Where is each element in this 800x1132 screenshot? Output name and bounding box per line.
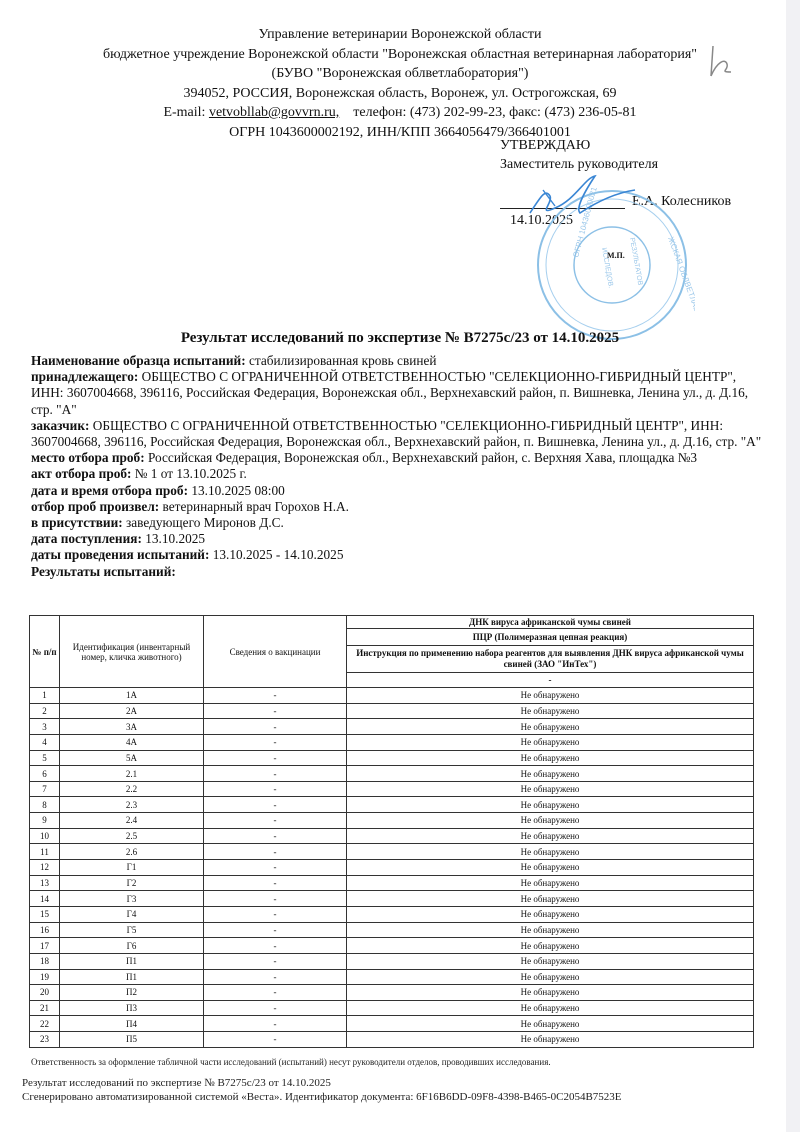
row-result: Не обнаружено (347, 906, 754, 922)
row-vaccination: - (204, 781, 347, 797)
row-number: 20 (30, 985, 60, 1001)
row-number: 16 (30, 922, 60, 938)
table-row: 20П2-Не обнаружено (30, 985, 754, 1001)
info-label: дата поступления: (31, 531, 142, 546)
row-result: Не обнаружено (347, 688, 754, 704)
row-number: 5 (30, 750, 60, 766)
info-label: в присутствии: (31, 515, 123, 530)
row-result: Не обнаружено (347, 813, 754, 829)
row-vaccination: - (204, 703, 347, 719)
info-value: 13.10.2025 08:00 (191, 483, 284, 498)
info-value: ОБЩЕСТВО С ОГРАНИЧЕННОЙ ОТВЕТСТВЕННОСТЬЮ… (31, 418, 761, 449)
row-identification: Г6 (60, 938, 204, 954)
table-row: 92.4-Не обнаружено (30, 813, 754, 829)
row-identification: П4 (60, 1016, 204, 1032)
info-value: Российская Федерация, Воронежская обл., … (148, 450, 697, 465)
row-result: Не обнаружено (347, 797, 754, 813)
info-sampling-act: акт отбора проб: № 1 от 13.10.2025 г. (31, 466, 771, 482)
letterhead-short-name: (БУВО "Воронежская облветлаборатория") (0, 64, 800, 84)
row-result: Не обнаружено (347, 875, 754, 891)
row-identification: 2А (60, 703, 204, 719)
row-result: Не обнаружено (347, 1000, 754, 1016)
letterhead-contacts: E-mail: vetvobllab@govvrn.ru, телефон: (… (0, 103, 800, 123)
sample-info: Наименование образца испытаний: стабилиз… (31, 353, 771, 580)
col-header-vaccination: Сведения о вакцинации (204, 616, 347, 688)
col-header-instruction: Инструкция по применению набора реагенто… (347, 646, 754, 673)
letterhead: Управление ветеринарии Воронежской облас… (0, 25, 800, 142)
row-result: Не обнаружено (347, 891, 754, 907)
info-value: стабилизированная кровь свиней (249, 353, 437, 368)
info-label: даты проведения испытаний: (31, 547, 209, 562)
row-vaccination: - (204, 719, 347, 735)
row-identification: Г2 (60, 875, 204, 891)
info-value: 13.10.2025 - 14.10.2025 (213, 547, 344, 562)
svg-text:ЖСКАЯ ОБЛВЕТЛАБ: ЖСКАЯ ОБЛВЕТЛАБ (666, 236, 695, 313)
row-identification: 2.4 (60, 813, 204, 829)
info-value: № 1 от 13.10.2025 г. (135, 466, 247, 481)
row-number: 17 (30, 938, 60, 954)
row-vaccination: - (204, 688, 347, 704)
table-row: 12Г1-Не обнаружено (30, 860, 754, 876)
row-identification: 3А (60, 719, 204, 735)
letterhead-department: Управление ветеринарии Воронежской облас… (0, 25, 800, 45)
table-row: 14Г3-Не обнаружено (30, 891, 754, 907)
info-results-heading: Результаты испытаний: (31, 564, 771, 580)
row-number: 10 (30, 828, 60, 844)
row-number: 21 (30, 1000, 60, 1016)
info-sample-name: Наименование образца испытаний: стабилиз… (31, 353, 771, 369)
svg-text:РЕЗУЛЬТАТОВ: РЕЗУЛЬТАТОВ (628, 237, 643, 286)
results-table: № п/п Идентификация (инвентарный номер, … (29, 615, 754, 1048)
row-result: Не обнаружено (347, 828, 754, 844)
info-value: ветеринарный врач Горохов Н.А. (163, 499, 349, 514)
row-result: Не обнаружено (347, 1032, 754, 1048)
col-header-norm: - (347, 673, 754, 688)
row-number: 9 (30, 813, 60, 829)
table-row: 21П3-Не обнаружено (30, 1000, 754, 1016)
table-row: 11А-Не обнаружено (30, 688, 754, 704)
info-value: заведующего Миронов Д.С. (126, 515, 284, 530)
table-row: 62.1-Не обнаружено (30, 766, 754, 782)
row-vaccination: - (204, 1016, 347, 1032)
row-result: Не обнаружено (347, 844, 754, 860)
row-vaccination: - (204, 953, 347, 969)
info-label: принадлежащего: (31, 369, 138, 384)
col-header-number: № п/п (30, 616, 60, 688)
row-identification: П1 (60, 953, 204, 969)
row-identification: 1А (60, 688, 204, 704)
row-vaccination: - (204, 828, 347, 844)
row-vaccination: - (204, 875, 347, 891)
results-table-body: 11А-Не обнаружено22А-Не обнаружено33А-Не… (30, 688, 754, 1048)
table-row: 22П4-Не обнаружено (30, 1016, 754, 1032)
stamp-place-label: М.П. (607, 251, 625, 260)
table-row: 102.5-Не обнаружено (30, 828, 754, 844)
row-vaccination: - (204, 766, 347, 782)
row-identification: 2.2 (60, 781, 204, 797)
table-row: 44А-Не обнаружено (30, 734, 754, 750)
row-identification: П3 (60, 1000, 204, 1016)
row-number: 13 (30, 875, 60, 891)
table-row: 82.3-Не обнаружено (30, 797, 754, 813)
row-identification: 2.1 (60, 766, 204, 782)
row-result: Не обнаружено (347, 922, 754, 938)
row-identification: 2.5 (60, 828, 204, 844)
table-row: 112.6-Не обнаружено (30, 844, 754, 860)
row-vaccination: - (204, 750, 347, 766)
row-identification: Г5 (60, 922, 204, 938)
row-result: Не обнаружено (347, 985, 754, 1001)
row-identification: 5А (60, 750, 204, 766)
row-identification: Г1 (60, 860, 204, 876)
footer-title: Результат исследований по экспертизе № В… (22, 1077, 622, 1091)
table-row: 15Г4-Не обнаружено (30, 906, 754, 922)
letterhead-address: 394052, РОССИЯ, Воронежская область, Вор… (0, 84, 800, 104)
row-number: 4 (30, 734, 60, 750)
info-label: дата и время отбора проб: (31, 483, 188, 498)
row-number: 1 (30, 688, 60, 704)
row-result: Не обнаружено (347, 860, 754, 876)
row-number: 18 (30, 953, 60, 969)
row-identification: П5 (60, 1032, 204, 1048)
info-sampled-by: отбор проб произвел: ветеринарный врач Г… (31, 499, 771, 515)
row-identification: П1 (60, 969, 204, 985)
phones: телефон: (473) 202-99-23, факс: (473) 23… (353, 105, 636, 120)
table-row: 16Г5-Не обнаружено (30, 922, 754, 938)
row-vaccination: - (204, 922, 347, 938)
info-sampling-place: место отбора проб: Российская Федерация,… (31, 450, 771, 466)
info-label: заказчик: (31, 418, 89, 433)
letterhead-institution: бюджетное учреждение Воронежской области… (0, 45, 800, 65)
info-sampling-datetime: дата и время отбора проб: 13.10.2025 08:… (31, 483, 771, 499)
row-number: 19 (30, 969, 60, 985)
table-row: 19П1-Не обнаружено (30, 969, 754, 985)
row-number: 8 (30, 797, 60, 813)
letterhead-registration: ОГРН 1043600002192, ИНН/КПП 3664056479/3… (0, 123, 800, 143)
row-vaccination: - (204, 938, 347, 954)
row-result: Не обнаружено (347, 1016, 754, 1032)
row-number: 23 (30, 1032, 60, 1048)
table-row: 33А-Не обнаружено (30, 719, 754, 735)
page-footer: Результат исследований по экспертизе № В… (22, 1077, 622, 1104)
info-test-dates: даты проведения испытаний: 13.10.2025 - … (31, 547, 771, 563)
table-row: 55А-Не обнаружено (30, 750, 754, 766)
table-row: 23П5-Не обнаружено (30, 1032, 754, 1048)
table-row: 18П1-Не обнаружено (30, 953, 754, 969)
row-result: Не обнаружено (347, 734, 754, 750)
row-result: Не обнаружено (347, 938, 754, 954)
table-row: 72.2-Не обнаружено (30, 781, 754, 797)
responsibility-note: Ответственность за оформление табличной … (31, 1057, 551, 1067)
row-identification: 4А (60, 734, 204, 750)
row-number: 2 (30, 703, 60, 719)
row-result: Не обнаружено (347, 766, 754, 782)
info-label: Результаты испытаний: (31, 564, 176, 579)
col-header-method: ПЦР (Полимеразная цепная реакция) (347, 629, 754, 646)
row-identification: Г3 (60, 891, 204, 907)
footer-generated: Сгенерировано автоматизированной системо… (22, 1091, 622, 1105)
info-customer: заказчик: ОБЩЕСТВО С ОГРАНИЧЕННОЙ ОТВЕТС… (31, 418, 771, 450)
row-number: 22 (30, 1016, 60, 1032)
handwritten-mark-icon (705, 42, 735, 82)
col-header-identification: Идентификация (инвентарный номер, кличка… (60, 616, 204, 688)
row-vaccination: - (204, 844, 347, 860)
row-vaccination: - (204, 969, 347, 985)
info-label: Наименование образца испытаний: (31, 353, 246, 368)
info-label: отбор проб произвел: (31, 499, 159, 514)
info-received-date: дата поступления: 13.10.2025 (31, 531, 771, 547)
row-result: Не обнаружено (347, 781, 754, 797)
row-result: Не обнаружено (347, 719, 754, 735)
row-vaccination: - (204, 797, 347, 813)
info-value: ОБЩЕСТВО С ОГРАНИЧЕННОЙ ОТВЕТСТВЕННОСТЬЮ… (31, 369, 748, 416)
row-number: 6 (30, 766, 60, 782)
row-number: 7 (30, 781, 60, 797)
row-identification: 2.6 (60, 844, 204, 860)
row-identification: 2.3 (60, 797, 204, 813)
row-number: 11 (30, 844, 60, 860)
table-row: 22А-Не обнаружено (30, 703, 754, 719)
row-number: 14 (30, 891, 60, 907)
row-result: Не обнаружено (347, 953, 754, 969)
row-result: Не обнаружено (347, 703, 754, 719)
info-label: место отбора проб: (31, 450, 145, 465)
table-row: 13Г2-Не обнаружено (30, 875, 754, 891)
row-number: 12 (30, 860, 60, 876)
info-value: 13.10.2025 (145, 531, 205, 546)
row-number: 15 (30, 906, 60, 922)
row-identification: П2 (60, 985, 204, 1001)
page-edge-strip (786, 0, 800, 1132)
row-vaccination: - (204, 860, 347, 876)
col-header-indicator: ДНК вируса африканской чумы свиней (347, 616, 754, 629)
info-owner: принадлежащего: ОБЩЕСТВО С ОГРАНИЧЕННОЙ … (31, 369, 771, 418)
email-link[interactable]: vetvobllab@govvrn.ru, (209, 105, 339, 120)
table-row: 17Г6-Не обнаружено (30, 938, 754, 954)
row-vaccination: - (204, 813, 347, 829)
signature-icon (525, 168, 645, 228)
row-identification: Г4 (60, 906, 204, 922)
row-vaccination: - (204, 985, 347, 1001)
info-witness: в присутствии: заведующего Миронов Д.С. (31, 515, 771, 531)
info-label: акт отбора проб: (31, 466, 131, 481)
row-vaccination: - (204, 1000, 347, 1016)
row-vaccination: - (204, 906, 347, 922)
row-vaccination: - (204, 1032, 347, 1048)
row-result: Не обнаружено (347, 969, 754, 985)
row-number: 3 (30, 719, 60, 735)
row-vaccination: - (204, 734, 347, 750)
row-result: Не обнаружено (347, 750, 754, 766)
row-vaccination: - (204, 891, 347, 907)
email-label: E-mail: (163, 105, 205, 120)
approval-heading: УТВЕРЖДАЮ (500, 136, 658, 155)
document-title: Результат исследований по экспертизе № В… (0, 330, 800, 347)
